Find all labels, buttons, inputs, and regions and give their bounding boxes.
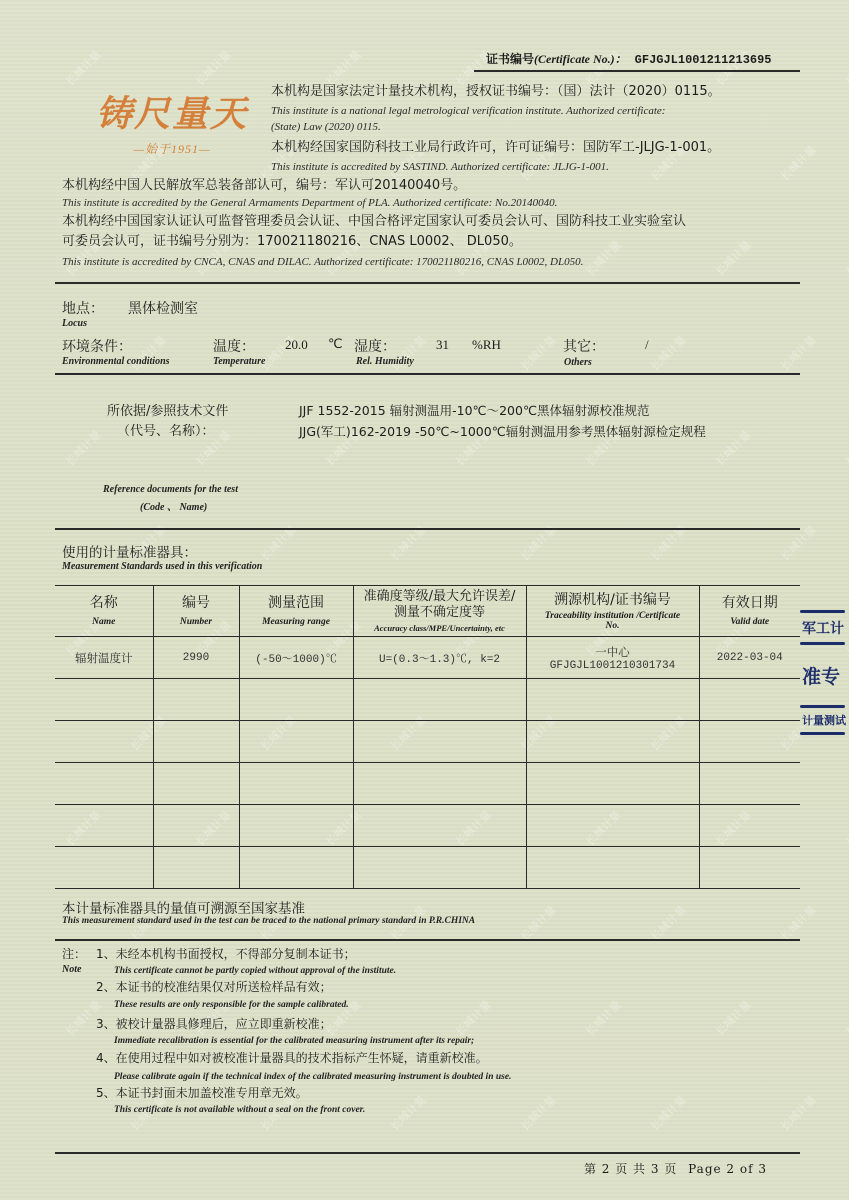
others-value: /	[645, 337, 649, 353]
note-4-en: Please calibrate again if the technical …	[114, 1072, 511, 1082]
watermark-text: 长城计量	[517, 902, 559, 944]
reference-divider	[55, 528, 800, 530]
cell-number: 2990	[153, 637, 239, 679]
institute-line4-cn-a: 本机构经中国国家认证认可监督管理委员会认证、中国合格评定国家认可委员会认可、国防…	[62, 214, 686, 230]
reference-doc-2: JJG(军工)162-2019 -50℃~1000℃辐射测温用参考黑体辐射源检定…	[299, 422, 706, 440]
watermark-text: 长城计量	[712, 427, 754, 469]
watermark-text: 长城计量	[452, 997, 494, 1039]
note-1-en: This certificate cannot be partly copied…	[114, 966, 396, 976]
column-header-range: 测量范围Measuring range	[239, 586, 353, 637]
watermark-text: 长城计量	[517, 332, 559, 374]
watermark-text: 长城计量	[322, 47, 364, 89]
watermark-text: 长城计量	[777, 902, 819, 944]
table-row-empty	[55, 763, 800, 805]
notes-label-en: Note	[62, 964, 81, 975]
watermark-text: 长城计量	[712, 237, 754, 279]
humidity-unit: %RH	[472, 337, 501, 353]
certificate-number-label-en: (Certificate No.)：	[534, 52, 627, 66]
traceability-statement: 本计量标准器具的量值可溯源至国家基准	[62, 897, 305, 917]
note-3: 3、被校计量器具修理后，应立即重新校准；	[96, 1015, 332, 1032]
watermark-text: 长城计量	[842, 997, 849, 1039]
cell-valid-date: 2022-03-04	[699, 637, 800, 679]
standards-title: 使用的计量标准器具：	[62, 541, 197, 561]
institute-line3-en: This institute is accredited by the Gene…	[62, 196, 557, 210]
watermark-text: 长城计量	[647, 902, 689, 944]
temperature-value: 20.0	[285, 337, 308, 353]
note-2-en: These results are only responsible for t…	[114, 1000, 349, 1010]
others-label-en: Others	[564, 357, 592, 368]
certificate-page: 长城计量长城计量长城计量长城计量长城计量长城计量长城计量长城计量长城计量长城计量…	[0, 0, 849, 1200]
institute-line1-cn: 本机构是国家法定计量技术机构，授权证书编号：（国）法计（2020）0115。	[271, 84, 721, 100]
watermark-text: 长城计量	[777, 142, 819, 184]
environment-divider	[55, 373, 800, 375]
watermark-text: 长城计量	[62, 47, 104, 89]
certificate-number-label: 证书编号	[486, 52, 534, 66]
institute-line4-cn-b: 可委员会认可，证书编号分别为：170021180216、CNAS L0002、 …	[62, 234, 522, 250]
table-header-row: 名称Name 编号Number 测量范围Measuring range 准确度等…	[55, 586, 800, 637]
locus-label-en: Locus	[62, 318, 87, 329]
watermark-text: 长城计量	[777, 1092, 819, 1134]
standards-title-en: Measurement Standards used in this verif…	[62, 561, 262, 572]
cell-accuracy: U=(0.3～1.3)℃, k=2	[353, 637, 526, 679]
table-row-empty	[55, 721, 800, 763]
note-2: 2、本证书的校准结果仅对所送检样品有效；	[96, 978, 332, 995]
page-indicator: 第 2 页 共 3 页 Page 2 of 3	[584, 1160, 767, 1177]
certificate-number: 证书编号(Certificate No.)：GFJGJL100121121369…	[486, 50, 772, 67]
locus-label: 地点：	[62, 298, 104, 318]
reference-label-a: 所依据/参照技术文件	[107, 400, 228, 419]
others-label: 其它：	[563, 336, 605, 356]
watermark-text: 长城计量	[842, 427, 849, 469]
institute-line2-cn: 本机构经国家国防科技工业局行政许可，许可证编号：国防军工-JLJG-1-001。	[271, 140, 720, 156]
reference-label-en-b: (Code 、 Name)	[140, 498, 207, 513]
institute-line1-en-b: (State) Law (2020) 0115.	[271, 120, 381, 134]
footer-divider	[55, 1152, 800, 1154]
institute-line4-en: This institute is accredited by CNCA, CN…	[62, 255, 583, 269]
column-header-name: 名称Name	[55, 586, 153, 637]
watermark-text: 长城计量	[777, 332, 819, 374]
watermark-text: 长城计量	[647, 1092, 689, 1134]
reference-label-b: （代号、名称）：	[117, 420, 215, 439]
note-5-en: This certificate is not available withou…	[114, 1105, 365, 1115]
logo-subtitle: —始于1951—	[82, 140, 262, 157]
watermark-text: 长城计量	[192, 47, 234, 89]
logo: 铸尺量天 —始于1951—	[82, 92, 262, 172]
page-indicator-en: Page 2 of 3	[688, 1162, 767, 1176]
temperature-label-en: Temperature	[213, 356, 265, 367]
institute-line3-cn: 本机构经中国人民解放军总装备部认可，编号：军认可20140040号。	[62, 178, 466, 194]
environment-label-en: Environmental conditions	[62, 356, 170, 367]
temperature-label: 温度：	[213, 336, 255, 356]
note-1: 1、未经本机构书面授权，不得部分复制本证书；	[96, 945, 356, 962]
reference-doc-1: JJF 1552-2015 辐射测温用-10℃～200℃黑体辐射源校准规范	[299, 401, 650, 419]
watermark-text: 长城计量	[647, 332, 689, 374]
watermark-text: 长城计量	[842, 237, 849, 279]
watermark-text: 长城计量	[387, 1092, 429, 1134]
note-4: 4、在使用过程中如对被校准计量器具的技术指标产生怀疑，请重新校准。	[96, 1049, 488, 1066]
watermark-text: 长城计量	[842, 807, 849, 849]
page-indicator-cn: 第 2 页 共 3 页	[584, 1162, 677, 1176]
certificate-number-value: GFJGJL1001211213695	[635, 53, 772, 67]
locus-value: 黑体检测室	[128, 298, 198, 318]
cell-name: 辐射温度计	[55, 637, 153, 679]
column-header-accuracy: 准确度等级/最大允许误差/测量不确定度等Accuracy class/MPE/U…	[353, 586, 526, 637]
environment-label: 环境条件：	[62, 336, 132, 356]
logo-title: 铸尺量天	[82, 92, 262, 136]
reference-label-en-a: Reference documents for the test	[103, 484, 238, 495]
calibration-seal-stamp: 军工计 准专 计量测试	[800, 600, 849, 750]
table-row-empty	[55, 805, 800, 847]
column-header-valid-date: 有效日期Valid date	[699, 586, 800, 637]
humidity-label-en: Rel. Humidity	[356, 356, 414, 367]
watermark-text: 长城计量	[582, 237, 624, 279]
table-row: 辐射温度计 2990 (-50～1000)℃ U=(0.3～1.3)℃, k=2…	[55, 637, 800, 679]
table-row-empty	[55, 847, 800, 889]
notes-divider	[55, 939, 800, 941]
standards-table: 名称Name 编号Number 测量范围Measuring range 准确度等…	[55, 585, 800, 889]
intro-divider	[55, 282, 800, 284]
column-header-traceability: 溯源机构/证书编号Traceability institution /Certi…	[526, 586, 699, 637]
watermark-text: 长城计量	[842, 47, 849, 89]
watermark-text: 长城计量	[582, 997, 624, 1039]
traceability-statement-en: This measurement standard used in the te…	[62, 916, 475, 926]
notes-label: 注：	[62, 945, 86, 962]
watermark-text: 长城计量	[712, 997, 754, 1039]
header-divider	[474, 70, 800, 72]
cell-range: (-50～1000)℃	[239, 637, 353, 679]
institute-line1-en-a: This institute is a national legal metro…	[271, 104, 665, 118]
institute-line2-en: This institute is accredited by SASTIND.…	[271, 160, 609, 174]
cell-traceability: 一中心 GFJGJL1001210301734	[526, 637, 699, 679]
table-row-empty	[55, 679, 800, 721]
column-header-number: 编号Number	[153, 586, 239, 637]
temperature-unit: ℃	[328, 337, 343, 352]
humidity-label: 湿度：	[354, 336, 396, 356]
note-3-en: Immediate recalibration is essential for…	[114, 1036, 474, 1046]
watermark-text: 长城计量	[62, 427, 104, 469]
watermark-text: 长城计量	[127, 332, 169, 374]
humidity-value: 31	[436, 337, 449, 353]
watermark-text: 长城计量	[517, 1092, 559, 1134]
note-5: 5、本证书封面未加盖校准专用章无效。	[96, 1084, 308, 1101]
